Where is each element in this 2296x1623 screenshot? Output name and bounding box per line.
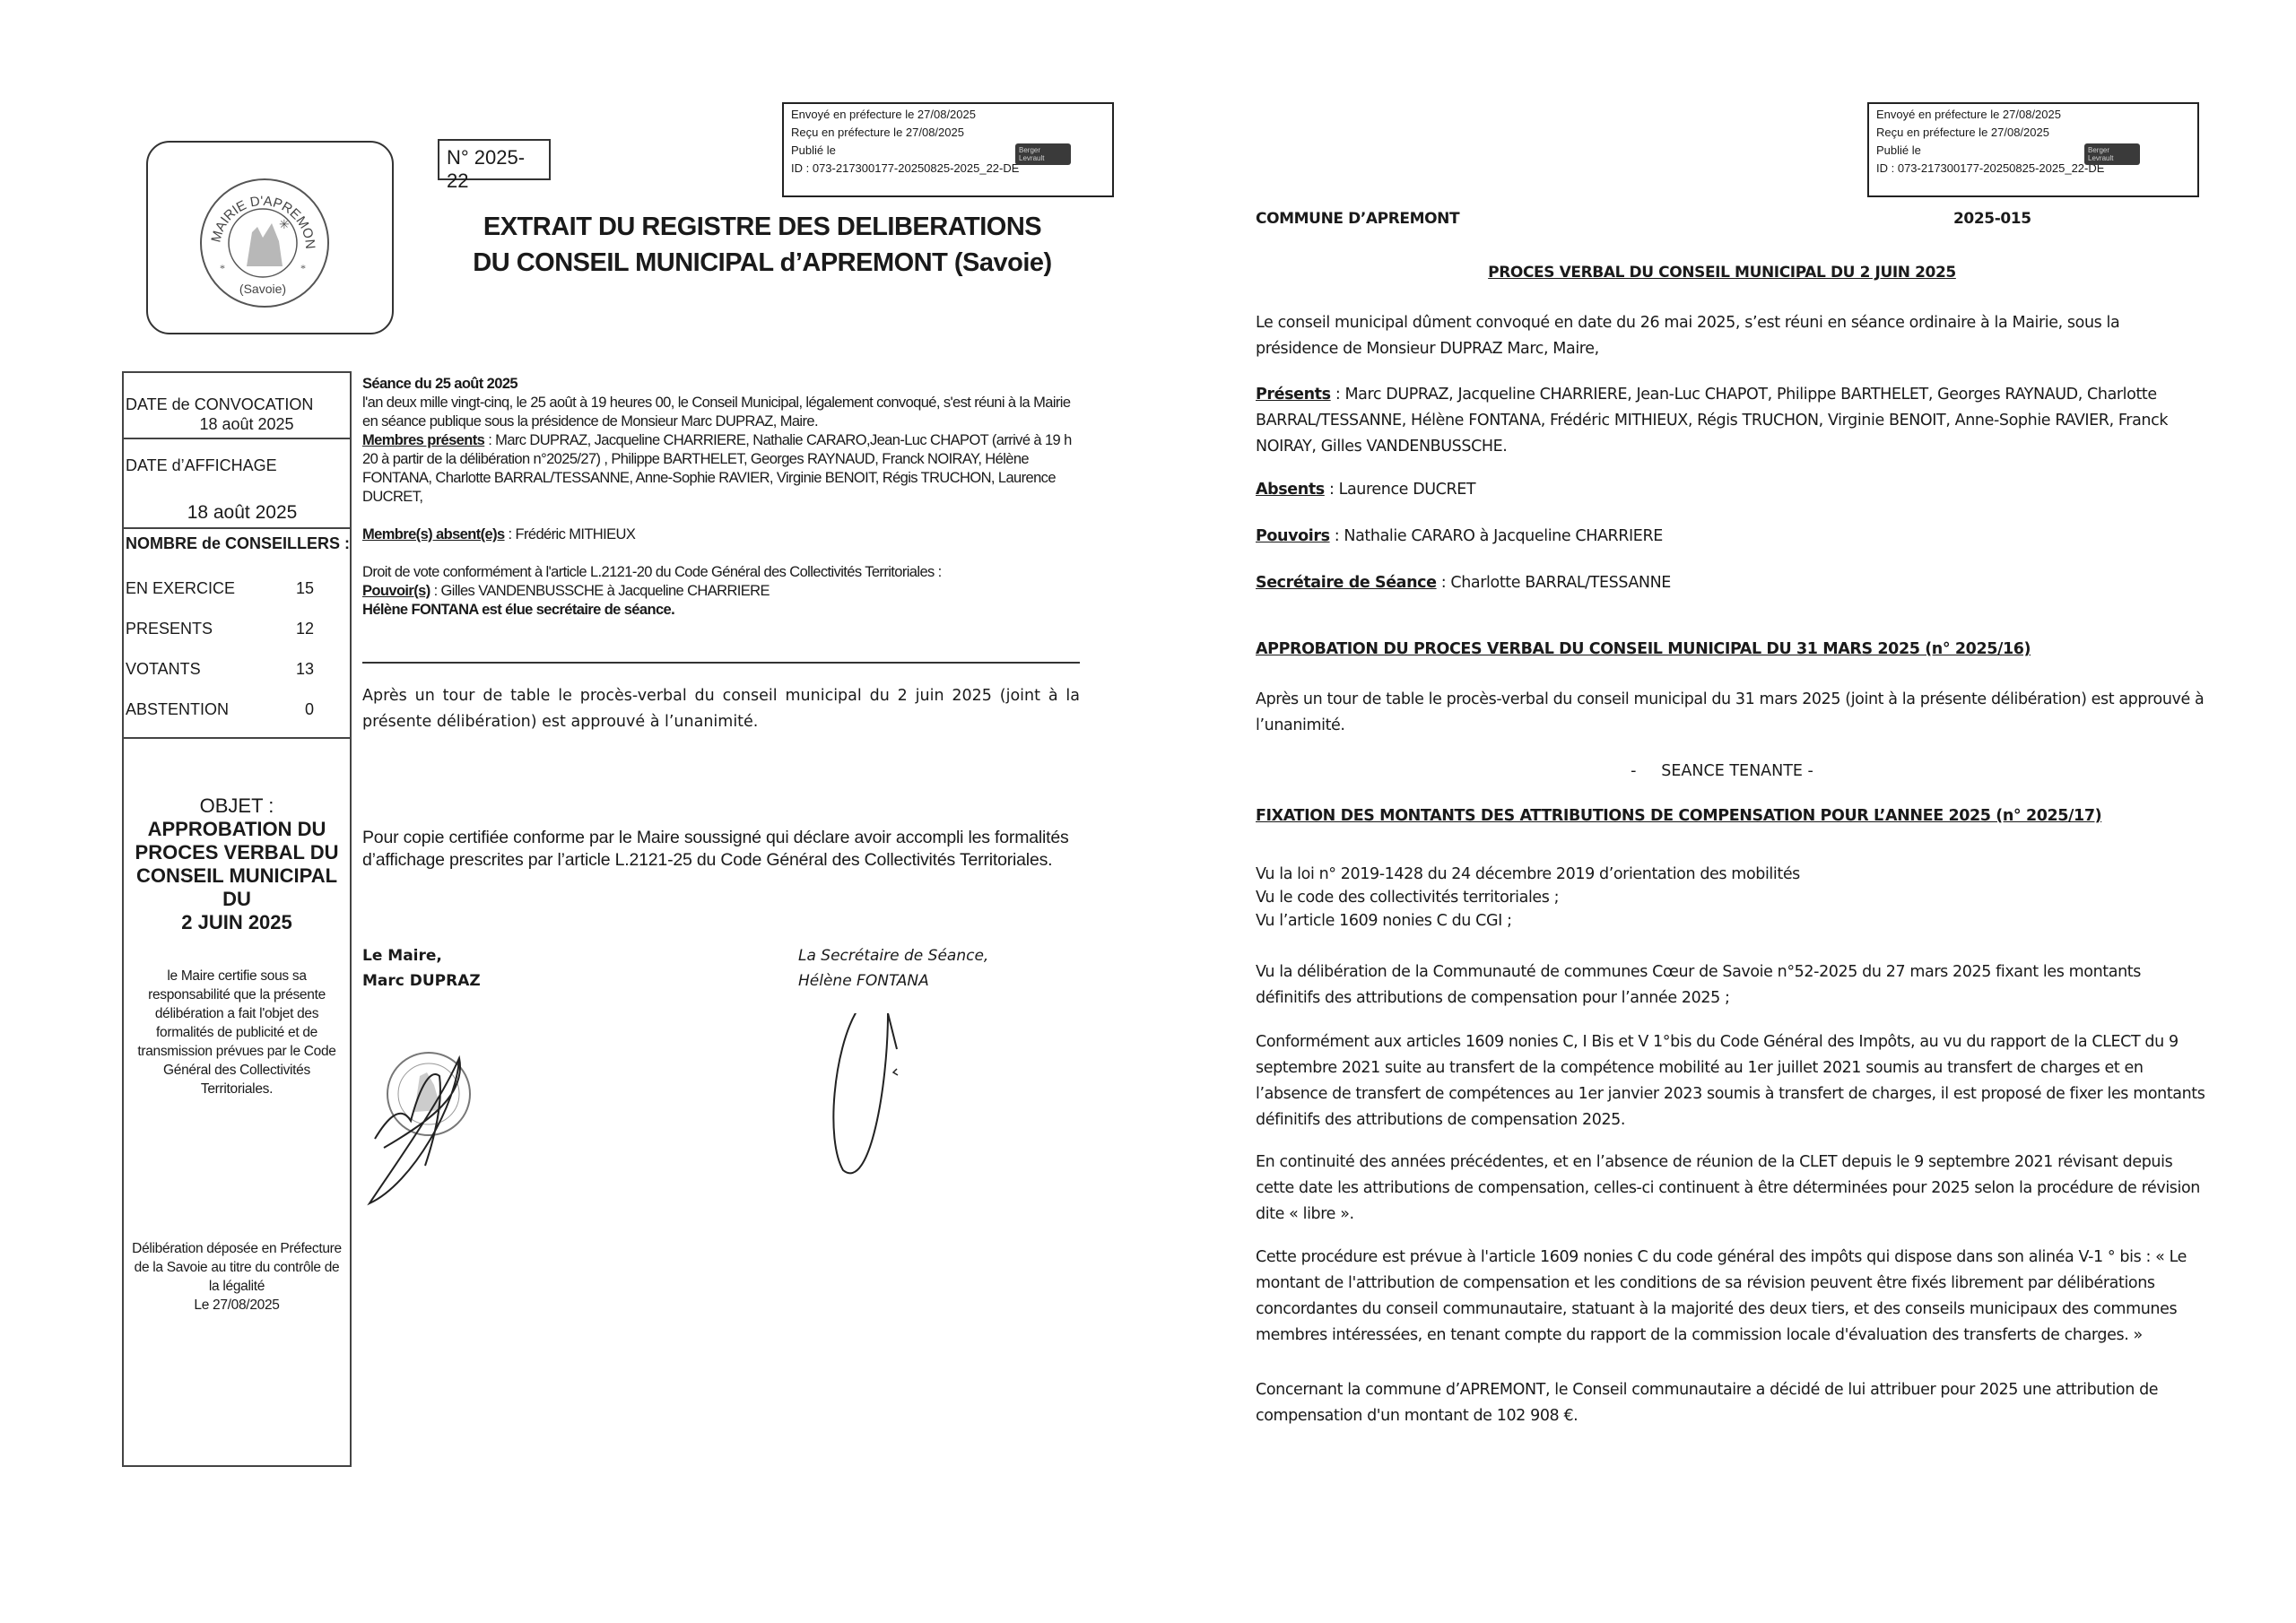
stamp-sent: Envoyé en préfecture le 27/08/2025 bbox=[791, 106, 1105, 124]
concernant-text: Concernant la commune d’APREMONT, le Con… bbox=[1256, 1377, 2206, 1429]
certification-text: le Maire certifie sous sa responsabilité… bbox=[131, 967, 343, 1098]
section-divider bbox=[362, 662, 1080, 664]
stamp-received: Reçu en préfecture le 27/08/2025 bbox=[791, 124, 1105, 142]
maire-title: Le Maire, bbox=[362, 943, 481, 968]
convocation-date: 18 août 2025 bbox=[126, 414, 350, 434]
seance-intro: l'an deux mille vingt-cinq, le 25 août à… bbox=[362, 394, 1080, 431]
prefecture-stamp: Envoyé en préfecture le 27/08/2025 Reçu … bbox=[1867, 102, 2199, 197]
svg-text:✳: ✳ bbox=[279, 219, 290, 232]
pv-title: PROCES VERBAL DU CONSEIL MUNICIPAL DU 2 … bbox=[1256, 264, 2188, 282]
affichage-date: 18 août 2025 bbox=[126, 502, 350, 524]
berger-levrault-logo-icon: Berger Levrault bbox=[2084, 143, 2140, 165]
maire-name: Marc DUPRAZ bbox=[362, 968, 481, 994]
pv-presents: Présents : Marc DUPRAZ, Jacqueline CHARR… bbox=[1256, 382, 2206, 460]
decision-text: Après un tour de table le procès-verbal … bbox=[362, 683, 1080, 735]
convocation-label: DATE de CONVOCATION bbox=[126, 395, 350, 414]
maire-signature-block: Le Maire, Marc DUPRAZ bbox=[362, 943, 481, 994]
pv-reference: 2025-015 bbox=[1953, 210, 2031, 228]
affichage-label: DATE d’AFFICHAGE bbox=[126, 456, 350, 475]
depot-block: Délibération déposée en Préfecture de la… bbox=[127, 1239, 346, 1315]
stat-row: ABSTENTION 0 bbox=[126, 700, 350, 719]
stat-row: PRESENTS 12 bbox=[126, 620, 350, 638]
stamp-id: ID : 073-217300177-20250825-2025_22-DE bbox=[1876, 160, 2190, 178]
commune-name: COMMUNE D’APREMONT bbox=[1256, 210, 1459, 228]
seance-tenante: - SEANCE TENANTE - bbox=[1256, 762, 2188, 780]
procedure-text: Cette procédure est prévue à l'article 1… bbox=[1256, 1245, 2206, 1349]
municipal-logo-frame: MAIRIE D'APREMONT ✳ * * (Savoie) bbox=[146, 141, 394, 334]
certified-copy-text: Pour copie certifiée conforme par le Mai… bbox=[362, 827, 1071, 872]
mayor-seal-and-signature-icon bbox=[359, 1013, 987, 1291]
pv-pouvoirs: Pouvoirs : Nathalie CARARO à Jacqueline … bbox=[1256, 524, 2206, 550]
vu-line: Vu la loi n° 2019-1428 du 24 décembre 20… bbox=[1256, 863, 2206, 886]
convocation-cell: DATE de CONVOCATION 18 août 2025 bbox=[124, 373, 350, 439]
secretaire-title: La Secrétaire de Séance, bbox=[798, 943, 988, 968]
droit-vote: Droit de vote conformément à l'article L… bbox=[362, 563, 1080, 582]
section1-title: APPROBATION DU PROCES VERBAL DU CONSEIL … bbox=[1256, 640, 2206, 658]
pv-intro: Le conseil municipal dûment convoqué en … bbox=[1256, 310, 2206, 362]
vu-deliberation: Vu la délibération de la Communauté de c… bbox=[1256, 959, 2206, 1011]
secretaire-name: Hélène FONTANA bbox=[798, 968, 988, 994]
svg-text:*: * bbox=[300, 262, 306, 274]
vu-line: Vu le code des collectivités territorial… bbox=[1256, 886, 2206, 909]
continuite-text: En continuité des années précédentes, et… bbox=[1256, 1150, 2206, 1228]
section1-text: Après un tour de table le procès-verbal … bbox=[1256, 687, 2206, 739]
depot-date: Le 27/08/2025 bbox=[127, 1296, 346, 1315]
objet-label: OBJET : bbox=[124, 794, 350, 818]
deliberation-number: N° 2025-22 bbox=[438, 139, 551, 180]
depot-text: Délibération déposée en Préfecture de la… bbox=[127, 1239, 346, 1296]
stamp-received: Reçu en préfecture le 27/08/2025 bbox=[1876, 124, 2190, 142]
prefecture-stamp: Envoyé en préfecture le 27/08/2025 Reçu … bbox=[782, 102, 1114, 197]
seance-block: Séance du 25 août 2025 l'an deux mille v… bbox=[362, 375, 1080, 620]
svg-text:*: * bbox=[220, 262, 225, 274]
members-present: Membres présents : Marc DUPRAZ, Jacqueli… bbox=[362, 431, 1080, 507]
members-absent: Membre(s) absent(e)s : Frédéric MITHIEUX bbox=[362, 525, 1080, 544]
pv-absents: Absents : Laurence DUCRET bbox=[1256, 477, 2206, 503]
proces-verbal-page: Envoyé en préfecture le 27/08/2025 Reçu … bbox=[1148, 0, 2296, 1623]
vu-list: Vu la loi n° 2019-1428 du 24 décembre 20… bbox=[1256, 863, 2206, 933]
conseillers-cell: NOMBRE de CONSEILLERS : EN EXERCICE 15 P… bbox=[124, 529, 350, 739]
document-title: EXTRAIT DU REGISTRE DES DELIBERATIONS DU… bbox=[430, 209, 1094, 281]
conseillers-label: NOMBRE de CONSEILLERS : bbox=[126, 534, 350, 553]
conformement-text: Conformément aux articles 1609 nonies C,… bbox=[1256, 1029, 2206, 1133]
deliberation-info-sidebar: DATE de CONVOCATION 18 août 2025 DATE d’… bbox=[122, 371, 352, 1467]
affichage-cell: DATE d’AFFICHAGE 18 août 2025 bbox=[124, 439, 350, 529]
stat-row: EN EXERCICE 15 bbox=[126, 579, 350, 598]
svg-text:(Savoie): (Savoie) bbox=[239, 282, 286, 296]
pouvoirs: Pouvoir(s) : Gilles VANDENBUSSCHE à Jacq… bbox=[362, 582, 1080, 601]
section2-title: FIXATION DES MONTANTS DES ATTRIBUTIONS D… bbox=[1256, 807, 2206, 825]
seance-heading: Séance du 25 août 2025 bbox=[362, 375, 1080, 394]
stamp-published: Publié le bbox=[1876, 142, 2190, 160]
vu-line: Vu l’article 1609 nonies C du CGI ; bbox=[1256, 909, 2206, 933]
secretaire-election: Hélène FONTANA est élue secrétaire de sé… bbox=[362, 601, 1080, 620]
stamp-sent: Envoyé en préfecture le 27/08/2025 bbox=[1876, 106, 2190, 124]
stat-row: VOTANTS 13 bbox=[126, 660, 350, 679]
deliberation-extract-page: Envoyé en préfecture le 27/08/2025 Reçu … bbox=[0, 0, 1148, 1623]
berger-levrault-logo-icon: Berger Levrault bbox=[1015, 143, 1071, 165]
mairie-seal-icon: MAIRIE D'APREMONT ✳ * * (Savoie) bbox=[200, 178, 329, 308]
secretaire-signature-block: La Secrétaire de Séance, Hélène FONTANA bbox=[798, 943, 988, 994]
pv-secretaire: Secrétaire de Séance : Charlotte BARRAL/… bbox=[1256, 570, 2206, 596]
objet-block: OBJET : APPROBATION DU PROCES VERBAL DU … bbox=[124, 794, 350, 934]
